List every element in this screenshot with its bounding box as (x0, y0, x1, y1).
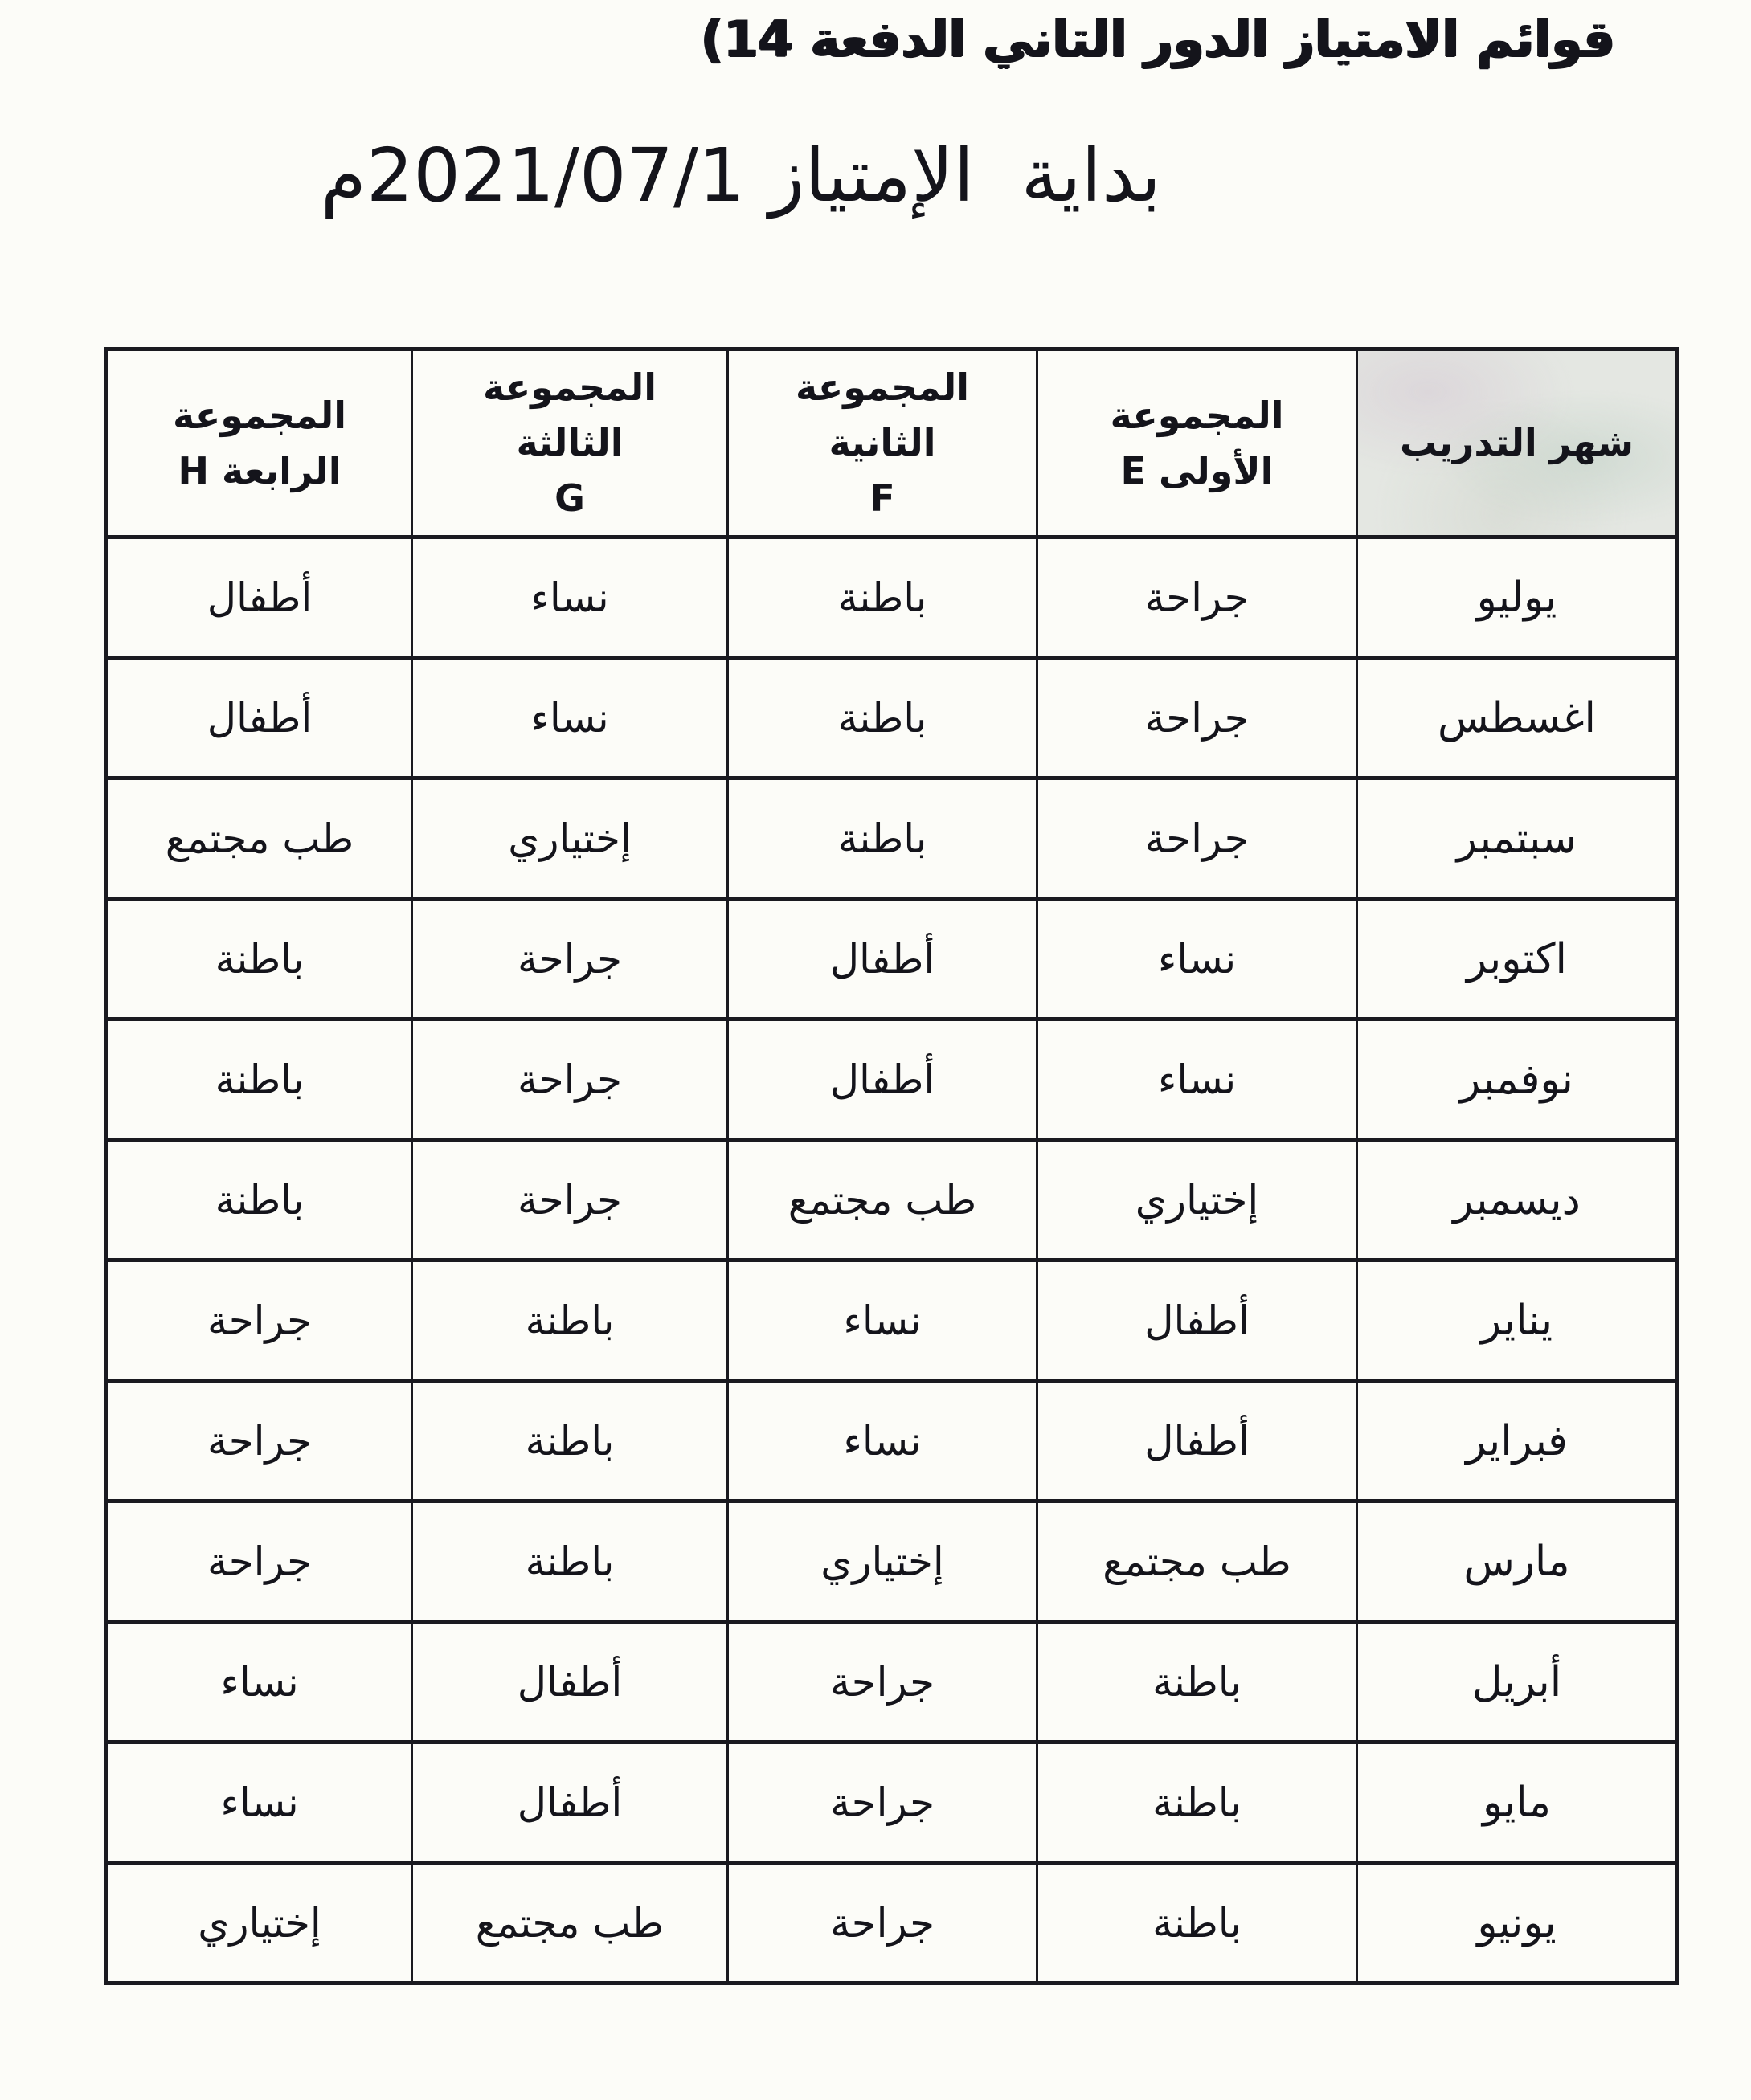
rotation-cell-group-g: أطفال (412, 1743, 728, 1863)
rotation-cell-group-h: نساء (107, 1743, 412, 1863)
rotation-cell-group-e: جراحة (1037, 778, 1357, 899)
header-group-e: المجموعة الأولى E (1037, 349, 1357, 537)
month-cell: يناير (1357, 1260, 1678, 1381)
month-cell: أبريل (1357, 1622, 1678, 1743)
table-row-september: سبتمبر جراحة باطنة إختياري طب مجتمع (107, 778, 1678, 899)
rotation-cell-group-f: إختياري (728, 1501, 1037, 1622)
rotation-cell-group-h: أطفال (107, 658, 412, 778)
rotation-cell-group-g: باطنة (412, 1260, 728, 1381)
internship-start-date: بداية الإمتياز 2021/07/1م (321, 133, 1161, 219)
rotation-cell-group-e: جراحة (1037, 658, 1357, 778)
rotation-cell-group-h: جراحة (107, 1381, 412, 1501)
rotation-cell-group-g: جراحة (412, 1019, 728, 1140)
table-row-may: مايو باطنة جراحة أطفال نساء (107, 1743, 1678, 1863)
rotation-cell-group-e: أطفال (1037, 1381, 1357, 1501)
rotation-cell-group-e: طب مجتمع (1037, 1501, 1357, 1622)
rotation-cell-group-h: نساء (107, 1622, 412, 1743)
month-cell: مارس (1357, 1501, 1678, 1622)
rotation-cell-group-h: باطنة (107, 1019, 412, 1140)
rotation-cell-group-f: جراحة (728, 1743, 1037, 1863)
rotation-cell-group-f: باطنة (728, 778, 1037, 899)
rotation-cell-group-f: طب مجتمع (728, 1140, 1037, 1260)
month-cell: اكتوبر (1357, 899, 1678, 1019)
month-cell: ديسمبر (1357, 1140, 1678, 1260)
rotation-cell-group-g: جراحة (412, 1140, 728, 1260)
header-group-f: المجموعة الثانية F (728, 349, 1037, 537)
rotation-cell-group-f: نساء (728, 1260, 1037, 1381)
rotation-cell-group-e: إختياري (1037, 1140, 1357, 1260)
rotation-cell-group-g: نساء (412, 537, 728, 658)
table-row-july: يوليو جراحة باطنة نساء أطفال (107, 537, 1678, 658)
header-group-g: المجموعة الثالثة G (412, 349, 728, 537)
rotation-cell-group-h: باطنة (107, 1140, 412, 1260)
month-cell: يوليو (1357, 537, 1678, 658)
rotation-cell-group-g: طب مجتمع (412, 1863, 728, 1984)
month-cell: نوفمبر (1357, 1019, 1678, 1140)
table-row-june: يونيو باطنة جراحة طب مجتمع إختياري (107, 1863, 1678, 1984)
document-title: قوائم الامتياز الدور التاني الدفعة 14) (701, 10, 1615, 68)
rotation-cell-group-f: أطفال (728, 899, 1037, 1019)
rotation-cell-group-f: نساء (728, 1381, 1037, 1501)
rotation-cell-group-e: باطنة (1037, 1622, 1357, 1743)
month-cell: فبراير (1357, 1381, 1678, 1501)
rotation-cell-group-g: أطفال (412, 1622, 728, 1743)
month-cell: اغسطس (1357, 658, 1678, 778)
table-row-december: ديسمبر إختياري طب مجتمع جراحة باطنة (107, 1140, 1678, 1260)
rotation-schedule-table: شهر التدريب المجموعة الأولى E المجموعة ا… (104, 347, 1679, 1985)
rotation-cell-group-f: باطنة (728, 658, 1037, 778)
table-row-february: فبراير أطفال نساء باطنة جراحة (107, 1381, 1678, 1501)
rotation-cell-group-f: جراحة (728, 1863, 1037, 1984)
rotation-cell-group-h: جراحة (107, 1501, 412, 1622)
header-training-month: شهر التدريب (1357, 349, 1678, 537)
header-group-h: المجموعة الرابعة H (107, 349, 412, 537)
rotation-cell-group-g: جراحة (412, 899, 728, 1019)
rotation-cell-group-g: نساء (412, 658, 728, 778)
rotation-cell-group-e: نساء (1037, 1019, 1357, 1140)
scanned-document-page: قوائم الامتياز الدور التاني الدفعة 14) ب… (0, 0, 1751, 2100)
rotation-cell-group-h: جراحة (107, 1260, 412, 1381)
rotation-cell-group-f: باطنة (728, 537, 1037, 658)
rotation-cell-group-h: أطفال (107, 537, 412, 658)
rotation-cell-group-g: باطنة (412, 1381, 728, 1501)
rotation-cell-group-h: إختياري (107, 1863, 412, 1984)
table-row-october: اكتوبر نساء أطفال جراحة باطنة (107, 899, 1678, 1019)
rotation-cell-group-e: باطنة (1037, 1863, 1357, 1984)
month-cell: مايو (1357, 1743, 1678, 1863)
table-row-january: يناير أطفال نساء باطنة جراحة (107, 1260, 1678, 1381)
rotation-cell-group-e: أطفال (1037, 1260, 1357, 1381)
rotation-cell-group-e: جراحة (1037, 537, 1357, 658)
rotation-cell-group-g: إختياري (412, 778, 728, 899)
rotation-cell-group-e: باطنة (1037, 1743, 1357, 1863)
table-row-april: أبريل باطنة جراحة أطفال نساء (107, 1622, 1678, 1743)
rotation-cell-group-f: جراحة (728, 1622, 1037, 1743)
table-row-november: نوفمبر نساء أطفال جراحة باطنة (107, 1019, 1678, 1140)
header-row: شهر التدريب المجموعة الأولى E المجموعة ا… (107, 349, 1678, 537)
table-row-march: مارس طب مجتمع إختياري باطنة جراحة (107, 1501, 1678, 1622)
rotation-cell-group-e: نساء (1037, 899, 1357, 1019)
rotation-cell-group-f: أطفال (728, 1019, 1037, 1140)
month-cell: يونيو (1357, 1863, 1678, 1984)
table-row-august: اغسطس جراحة باطنة نساء أطفال (107, 658, 1678, 778)
rotation-cell-group-g: باطنة (412, 1501, 728, 1622)
rotation-cell-group-h: باطنة (107, 899, 412, 1019)
month-cell: سبتمبر (1357, 778, 1678, 899)
rotation-cell-group-h: طب مجتمع (107, 778, 412, 899)
